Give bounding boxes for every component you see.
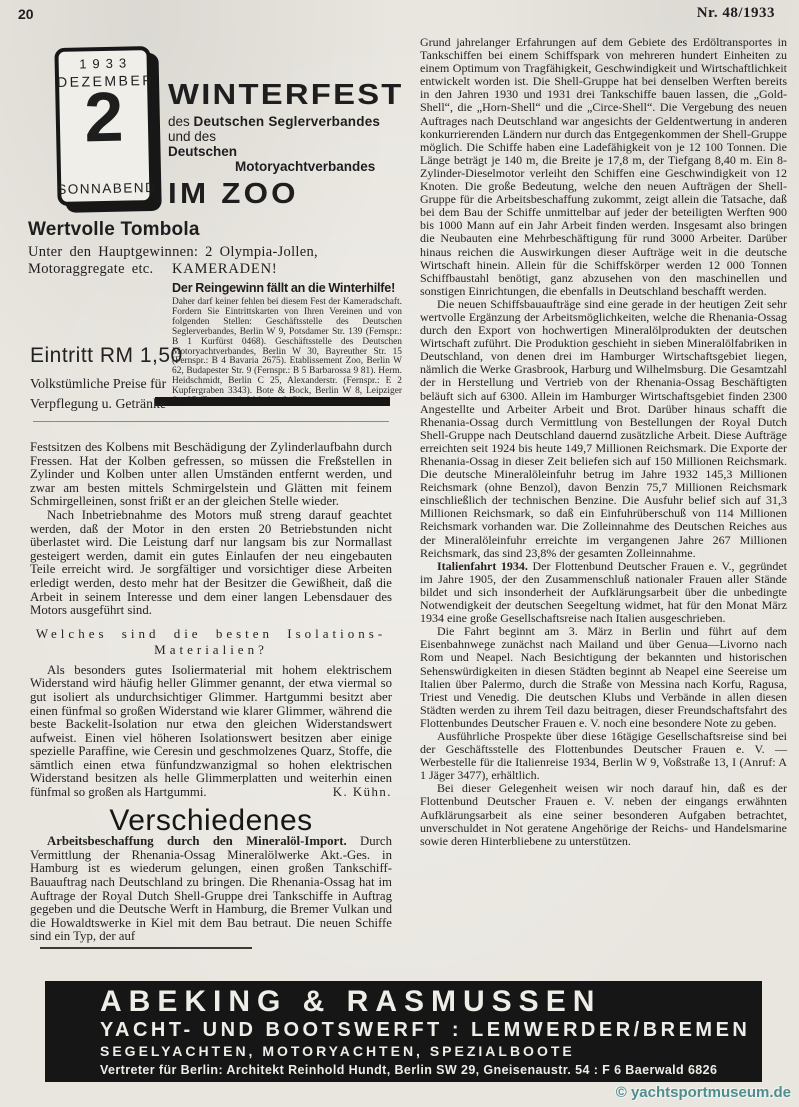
left-paragraph-4: Arbeitsbeschaffung durch den Mineralöl-I… — [30, 835, 392, 944]
abeking-rasmussen-ad: ABEKING & RASMUSSEN YACHT- UND BOOTSWERF… — [45, 981, 762, 1082]
entry-price: Eintritt RM 1,50 — [30, 344, 183, 368]
right-paragraph-2: Die neuen Schiffsbauaufträge sind eine g… — [420, 298, 787, 560]
winterhilfe-line: Der Reingewinn fällt an die Winterhilfe! — [172, 281, 402, 295]
author-signature: K. Kühn. — [316, 786, 392, 800]
calendar-year: 1933 — [55, 55, 151, 72]
ad-business-line: YACHT- UND BOOTSWERFT : LEMWERDER/BREMEN — [100, 1018, 762, 1042]
left-paragraph-3: Als besonders gutes Isoliermaterial mit … — [30, 664, 392, 800]
left-article-column: Festsitzen des Kolbens mit Beschädigung … — [30, 441, 392, 944]
winterfest-org2-line2: Motoryachtverbandes — [235, 159, 448, 174]
left-paragraph-1: Festsitzen des Kolbens mit Beschädigung … — [30, 441, 392, 509]
issue-number: Nr. 48/1933 — [697, 5, 775, 22]
left-column-bottom-rule — [40, 947, 252, 949]
price-note-line2: Verpflegung u. Getränke — [30, 394, 166, 414]
right-paragraph-1: Grund jahrelanger Erfahrungen auf dem Ge… — [420, 36, 787, 298]
ad-separator-rule — [33, 421, 389, 422]
ad-representative-line: Vertreter für Berlin: Architekt Reinhold… — [100, 1061, 762, 1079]
kameraden-heading: KAMERADEN! — [172, 261, 402, 278]
winterfest-ad-block: WINTERFEST des Deutschen Seglerverbandes… — [168, 80, 448, 209]
right-article-column: Grund jahrelanger Erfahrungen auf dem Ge… — [420, 36, 787, 848]
calendar-graphic: 1933 DEZEMBER 2 SONNABEND — [54, 46, 153, 206]
right-paragraph-4: Die Fahrt beginnt am 3. März in Berlin u… — [420, 625, 787, 730]
isolation-heading-line1: Welches sind die besten Isolations- — [30, 626, 392, 642]
calendar-weekday: SONNABEND — [57, 180, 153, 197]
right-paragraph-3: Italienfahrt 1934. Der Flottenbund Deuts… — [420, 560, 787, 625]
winterfest-org1: Deutschen Seglerverbandes — [194, 114, 381, 129]
price-note-line1: Volkstümliche Preise für — [30, 374, 166, 394]
watermark: © yachtsportmuseum.de — [616, 1084, 791, 1101]
ticket-address-text: Daher darf keiner fehlen bei diesem Fest… — [172, 298, 402, 407]
tombola-heading: Wertvolle Tombola — [28, 219, 200, 241]
left-paragraph-4-lead: Arbeitsbeschaffung durch den Mineralöl-I… — [47, 834, 347, 848]
magazine-page: 20 Nr. 48/1933 1933 DEZEMBER 2 SONNABEND… — [0, 0, 799, 1107]
right-paragraph-5: Ausführliche Prospekte über diese 16tägi… — [420, 730, 787, 782]
isolation-heading-line2: Materialien? — [30, 642, 392, 658]
section-heading-verschiedenes: Verschiedenes — [30, 814, 392, 828]
ad-company-name: ABEKING & RASMUSSEN — [100, 981, 762, 1018]
winterfest-subtitle-mid: und des — [168, 129, 448, 144]
italienfahrt-lead: Italienfahrt 1934. — [437, 559, 528, 573]
calendar-day: 2 — [55, 84, 152, 150]
ad-black-bar — [155, 397, 390, 406]
kameraden-block: KAMERADEN! Der Reingewinn fällt an die W… — [172, 261, 402, 407]
page-number: 20 — [18, 6, 34, 22]
ad-products-line: SEGELYACHTEN, MOTORYACHTEN, SPEZIALBOOTE — [100, 1042, 762, 1061]
isolation-heading: Welches sind die besten Isolations- Mate… — [30, 626, 392, 658]
winterfest-org2-line1: Deutschen — [168, 144, 448, 159]
right-paragraph-6: Bei dieser Gelegenheit weisen wir noch d… — [420, 782, 787, 847]
left-paragraph-2: Nach Inbetriebnahme des Motors muß stren… — [30, 509, 392, 618]
winterfest-subtitle-prefix: des — [168, 114, 190, 129]
price-note: Volkstümliche Preise für Verpflegung u. … — [30, 374, 166, 414]
